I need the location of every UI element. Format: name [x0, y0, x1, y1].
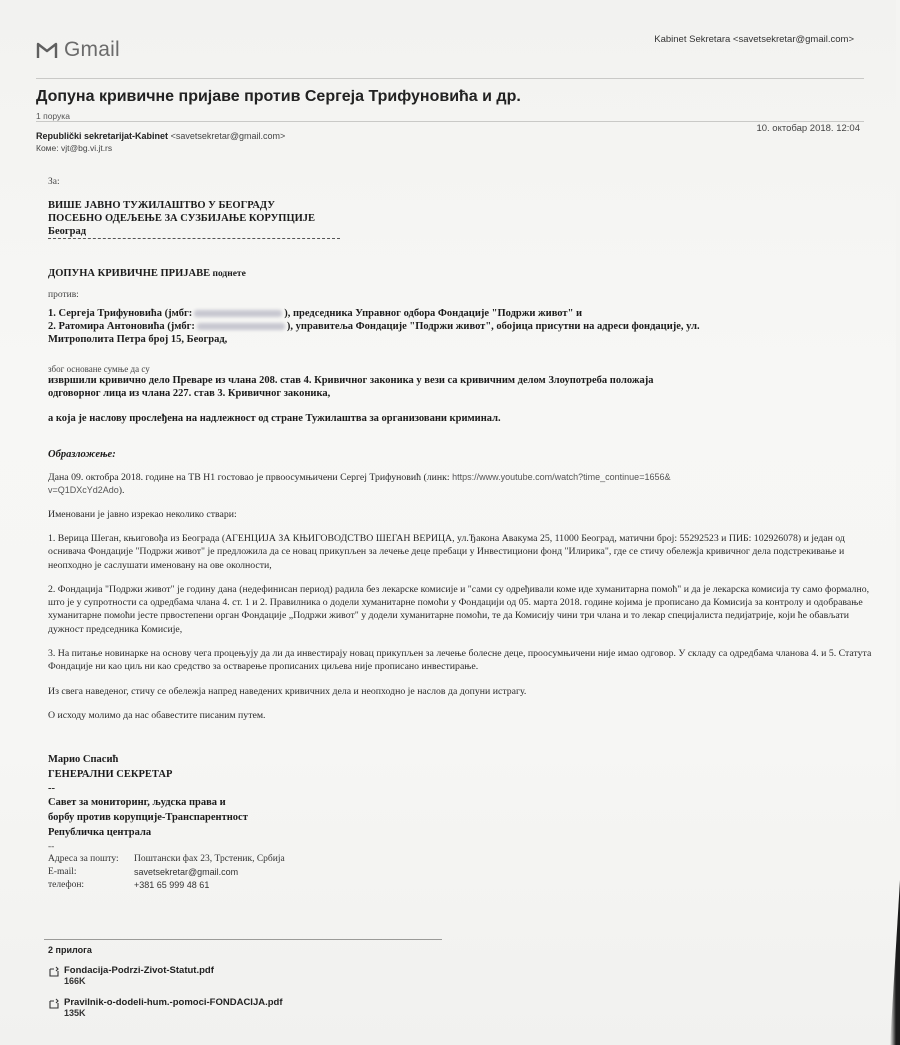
explanation-block: Образложење: Дана 09. октобра 2018. годи…	[48, 448, 878, 521]
heading-bold: ДОПУНА КРИВИЧНЕ ПРИЈАВЕ	[48, 268, 210, 279]
gmail-m-icon	[36, 41, 58, 59]
accused-address: Митрополита Петра број 15, Београд,	[48, 333, 878, 346]
org-line-1: Савет за мониторинг, људска права и	[48, 795, 878, 810]
header-divider	[36, 78, 864, 79]
attachments-divider	[44, 939, 442, 940]
attachment-item[interactable]: Fondacija-Podrzi-Zivot-Statut.pdf 166K	[48, 965, 214, 986]
contact-row-address: Адреса за пошту: Поштански фах 23, Трсте…	[48, 854, 285, 867]
message-count: 1 порука	[36, 111, 70, 121]
printed-email-page: Gmail Kabinet Sekretara <savetsekretar@g…	[0, 0, 896, 1045]
signature-separator-2: --	[48, 840, 878, 854]
contact-row-email: E-mail: savetsekretar@gmail.com	[48, 867, 285, 880]
charge-line-2: одговорног лица из члана 227. став 3. Кр…	[48, 387, 878, 400]
gmail-logo: Gmail	[36, 38, 120, 62]
suspicion-intro: због основане сумње да су	[48, 364, 878, 374]
message-sender: Republički sekretarijat-Kabinet <savetse…	[36, 131, 285, 141]
sender-name: Republički sekretarijat-Kabinet	[36, 131, 168, 141]
contact-table: Адреса за пошту: Поштански фах 23, Трсте…	[48, 854, 285, 893]
redacted-id-1	[194, 310, 282, 317]
message-date: 10. октобар 2018. 12:04	[756, 123, 860, 134]
against-label: против:	[48, 290, 878, 300]
dashed-divider	[48, 238, 340, 239]
attachment-size: 135K	[64, 1008, 283, 1018]
forwarded-note: а која је наслову прослеђена на надлежно…	[48, 412, 878, 425]
attachment-file-icon	[48, 966, 60, 978]
to-label-letter: За:	[48, 177, 878, 187]
attachment-size: 166K	[64, 976, 214, 986]
contact-row-phone: телефон: +381 65 999 48 61	[48, 880, 285, 893]
subject-divider	[36, 121, 864, 122]
heading-rest: поднете	[210, 269, 246, 279]
org-line-3: Републичка централа	[48, 825, 878, 840]
contact-email-link[interactable]: savetsekretar@gmail.com	[134, 867, 285, 880]
explanation-heading: Образложење:	[48, 448, 878, 461]
point-2: 2. Фондација "Подржи живот" је годину да…	[48, 583, 878, 636]
redacted-id-2	[197, 323, 285, 330]
letter-addressee: За: ВИШЕ ЈАВНО ТУЖИЛАШТВО У БЕОГРАДУ ПОС…	[48, 177, 878, 239]
charges-block: због основане сумње да су извршили криви…	[48, 364, 878, 425]
signature: Марио Спасић ГЕНЕРАЛНИ СЕКРЕТАР -- Савет…	[48, 752, 878, 893]
org-line-2: борбу против корупције-Транспарентност	[48, 810, 878, 825]
points-list: 1. Верица Шеган, књиговођа из Београда (…	[48, 532, 878, 722]
conclusion: Из свега наведеног, стичу се обележја на…	[48, 685, 878, 698]
to-address: vjt@bg.vi.jt.rs	[61, 143, 112, 153]
video-link[interactable]: https://www.youtube.com/watch?time_conti…	[452, 472, 670, 482]
recipient-line-2: ПОСЕБНО ОДЕЉЕЊЕ ЗА СУЗБИЈАЊЕ КОРУПЦИЈЕ	[48, 212, 878, 225]
charge-line-1: извршили кривично дело Преваре из члана …	[48, 374, 878, 387]
statements-intro: Именовани је јавно изрекао неколико ства…	[48, 508, 878, 521]
attachment-file-icon	[48, 998, 60, 1010]
recipient-line-3: Београд	[48, 225, 878, 238]
explanation-intro: Дана 09. октобра 2018. године на ТВ Н1 г…	[48, 471, 878, 498]
point-3: 3. На питање новинарке на основу чега пр…	[48, 647, 878, 674]
attachment-name[interactable]: Pravilnik-o-dodeli-hum.-pomoci-FONDACIJA…	[64, 997, 283, 1008]
account-label: Kabinet Sekretara <savetsekretar@gmail.c…	[654, 34, 854, 45]
request: О исходу молимо да нас обавестите писани…	[48, 709, 878, 722]
point-1: 1. Верица Шеган, књиговођа из Београда (…	[48, 532, 878, 572]
signature-separator: --	[48, 782, 878, 795]
accused-1: 1. Сергеја Трифуновића (јмбг:), председн…	[48, 307, 878, 320]
accused-list: 1. Сергеја Трифуновића (јмбг:), председн…	[48, 307, 878, 346]
attachment-name[interactable]: Fondacija-Podrzi-Zivot-Statut.pdf	[64, 965, 214, 976]
to-label: Коме:	[36, 143, 59, 153]
recipient-line-1: ВИШЕ ЈАВНО ТУЖИЛАШТВО У БЕОГРАДУ	[48, 199, 878, 212]
signer-title: ГЕНЕРАЛНИ СЕКРЕТАР	[48, 767, 878, 782]
letter-heading: ДОПУНА КРИВИЧНЕ ПРИЈАВЕ поднете	[48, 263, 878, 281]
gmail-wordmark: Gmail	[64, 38, 120, 62]
accused-2: 2. Ратомира Антоновића (јмбг:), управите…	[48, 320, 878, 333]
signer-name: Марио Спасић	[48, 752, 878, 767]
thread-subject: Допуна кривичне пријаве против Сергеја Т…	[36, 88, 521, 106]
message-recipient: Коме: vjt@bg.vi.jt.rs	[36, 143, 112, 153]
attachment-item[interactable]: Pravilnik-o-dodeli-hum.-pomoci-FONDACIJA…	[48, 997, 283, 1018]
attachments-heading: 2 прилога	[48, 945, 92, 955]
sender-email: <savetsekretar@gmail.com>	[171, 131, 286, 141]
video-link-cont[interactable]: v=Q1DXcYd2Ado	[48, 485, 119, 495]
